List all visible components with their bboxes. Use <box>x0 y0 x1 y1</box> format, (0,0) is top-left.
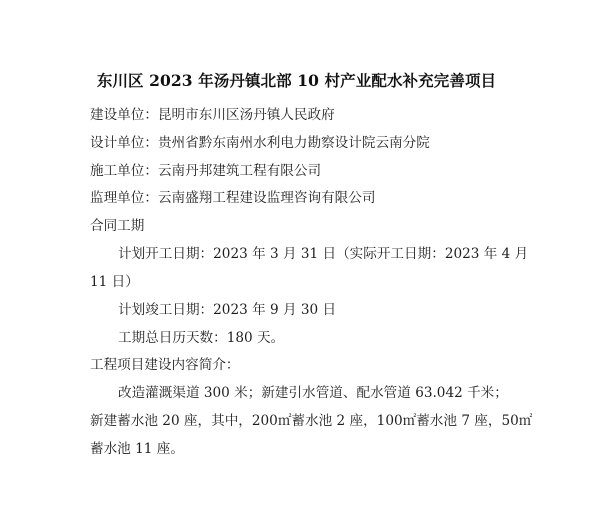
contractor-unit-value: 云南丹邦建筑工程有限公司 <box>158 163 321 179</box>
supervision-unit-row: 监理单位：云南盛翔工程建设监理咨询有限公司 <box>90 189 375 207</box>
contractor-unit-row: 施工单位：云南丹邦建筑工程有限公司 <box>90 162 321 180</box>
planned-finish-date: 计划竣工日期：2023 年 9 月 30 日 <box>118 301 336 319</box>
planned-start-date-line2: 11 日） <box>90 273 139 291</box>
design-unit-value: 贵州省黔东南州水利电力勘察设计院云南分院 <box>158 135 430 151</box>
construction-unit-row: 建设单位：昆明市东川区汤丹镇人民政府 <box>90 106 335 124</box>
total-calendar-days: 工期总日历天数：180 天。 <box>118 329 284 347</box>
scope-heading: 工程项目建设内容简介： <box>90 356 240 374</box>
supervision-unit-label: 监理单位： <box>90 190 158 206</box>
contract-period-heading: 合同工期 <box>90 217 144 235</box>
construction-unit-value: 昆明市东川区汤丹镇人民政府 <box>158 107 335 123</box>
construction-unit-label: 建设单位： <box>90 107 158 123</box>
scope-line-1: 改造灌溉渠道 300 米；新建引水管道、配水管道 63.042 千米； <box>118 384 508 402</box>
contractor-unit-label: 施工单位： <box>90 163 158 179</box>
supervision-unit-value: 云南盛翔工程建设监理咨询有限公司 <box>158 190 376 206</box>
design-unit-label: 设计单位： <box>90 135 158 151</box>
scope-line-2: 新建蓄水池 20 座，其中，200㎡蓄水池 2 座，100㎡蓄水池 7 座，50… <box>90 412 532 430</box>
design-unit-row: 设计单位：贵州省黔东南州水利电力勘察设计院云南分院 <box>90 134 430 152</box>
document-page: 东川区 2023 年汤丹镇北部 10 村产业配水补充完善项目 建设单位：昆明市东… <box>0 0 593 515</box>
document-title: 东川区 2023 年汤丹镇北部 10 村产业配水补充完善项目 <box>0 69 593 91</box>
planned-start-date-line1: 计划开工日期：2023 年 3 月 31 日（实际开工日期：2023 年 4 月 <box>118 245 528 263</box>
scope-line-3: 蓄水池 11 座。 <box>90 440 184 458</box>
